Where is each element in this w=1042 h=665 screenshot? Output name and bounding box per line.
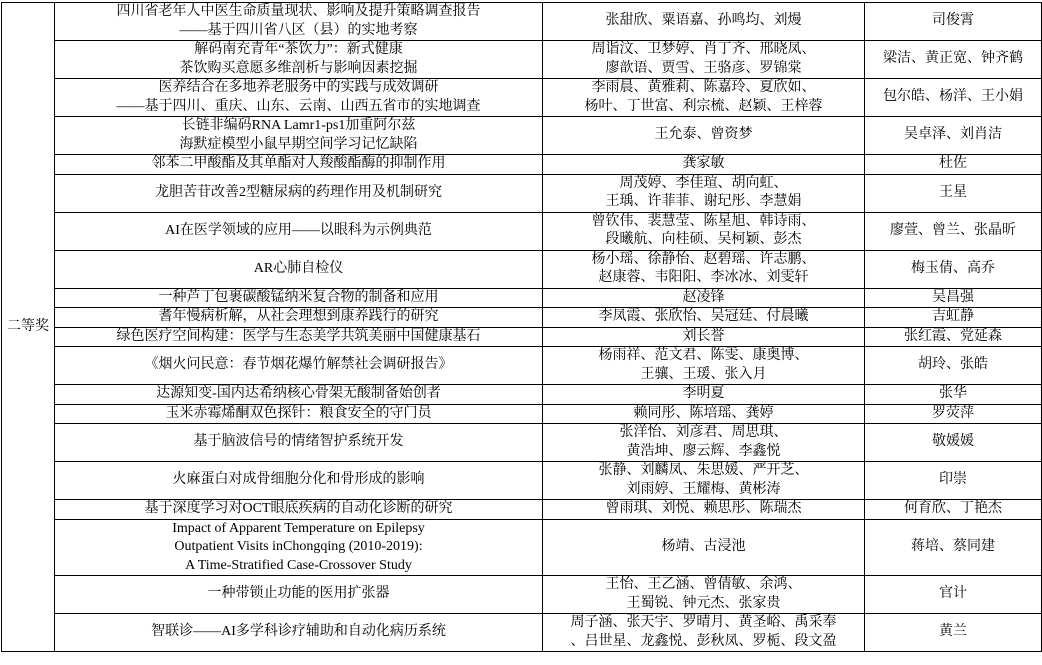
advisors-cell: 梁洁、黄正宽、钟齐鹤 bbox=[865, 41, 1042, 79]
project-title-cell: 《烟火问民意：春节烟花爆竹解禁社会调研报告》 bbox=[55, 347, 543, 385]
table-row: 基于深度学习对OCT眼底疾病的自动化诊断的研究曾雨琪、刘悦、赖思彤、陈瑞杰何育欣… bbox=[2, 500, 1042, 520]
project-title-cell: 解码南充青年“茶饮力”：新式健康 茶饮购买意愿多维剖析与影响因素挖掘 bbox=[55, 41, 543, 79]
table-row: 长链非编码RNA Lamr1-ps1加重阿尔兹 海默症模型小鼠早期空间学习记忆缺… bbox=[2, 117, 1042, 155]
table-row: Impact of Apparent Temperature on Epilep… bbox=[2, 519, 1042, 576]
advisors-cell: 黄兰 bbox=[865, 614, 1042, 652]
award-label-cell: 二等奖 bbox=[2, 3, 55, 652]
table-row: 达源知变-国内达希纳核心骨架无酸制备始创者李明夏张华 bbox=[2, 385, 1042, 405]
project-title-cell: 基于深度学习对OCT眼底疾病的自动化诊断的研究 bbox=[55, 500, 543, 520]
advisors-cell: 官计 bbox=[865, 576, 1042, 614]
table-row: 龙胆苦苷改善2型糖尿病的药理作用及机制研究周茂婷、李佳瑄、胡向虹、 王瑀、许菲菲… bbox=[2, 174, 1042, 212]
advisors-cell: 何育欣、丁艳杰 bbox=[865, 500, 1042, 520]
project-title-cell: 邻苯二甲酸酯及其单酯对人羧酸酯酶的抑制作用 bbox=[55, 155, 543, 175]
table-row: 《烟火问民意：春节烟花爆竹解禁社会调研报告》杨雨祥、范文君、陈雯、康奥博、 王骧… bbox=[2, 347, 1042, 385]
team-members-cell: 刘长誉 bbox=[543, 327, 865, 347]
project-title-cell: 达源知变-国内达希纳核心骨架无酸制备始创者 bbox=[55, 385, 543, 405]
team-members-cell: 周诣汶、卫梦婷、肖丁齐、邢晓凤、 廖歆语、贾雪、王骆彦、罗锦棠 bbox=[543, 41, 865, 79]
team-members-cell: 杨靖、古浸池 bbox=[543, 519, 865, 576]
project-title-cell: AI在医学领域的应用——以眼科为示例典范 bbox=[55, 212, 543, 250]
team-members-cell: 张静、刘麟凤、朱思媛、严开芝、 刘雨婷、王耀梅、黄彬涛 bbox=[543, 462, 865, 500]
project-title-cell: 龙胆苦苷改善2型糖尿病的药理作用及机制研究 bbox=[55, 174, 543, 212]
project-title-cell: AR心肺自检仪 bbox=[55, 250, 543, 288]
advisors-cell: 吴卓泽、刘肖洁 bbox=[865, 117, 1042, 155]
advisors-cell: 胡玲、张皓 bbox=[865, 347, 1042, 385]
project-title-cell: 一种芦丁包裹碳酸锰纳米复合物的制备和应用 bbox=[55, 288, 543, 308]
advisors-cell: 梅玉倩、高乔 bbox=[865, 250, 1042, 288]
advisors-cell: 罗荧萍 bbox=[865, 404, 1042, 424]
advisors-cell: 王星 bbox=[865, 174, 1042, 212]
team-members-cell: 周子涵、张天宇、罗晴月、黄圣峪、禹采奉 、吕世星、龙鑫悦、彭秋凤、罗栀、段文盈 bbox=[543, 614, 865, 652]
team-members-cell: 曾雨琪、刘悦、赖思彤、陈瑞杰 bbox=[543, 500, 865, 520]
table-row: 一种芦丁包裹碳酸锰纳米复合物的制备和应用赵凌锋吴昌强 bbox=[2, 288, 1042, 308]
table-row: 二等奖四川省老年人中医生命质量现状、影响及提升策略调查报告 ——基于四川省八区（… bbox=[2, 3, 1042, 41]
team-members-cell: 赵凌锋 bbox=[543, 288, 865, 308]
table-row: 火麻蛋白对成骨细胞分化和骨形成的影响张静、刘麟凤、朱思媛、严开芝、 刘雨婷、王耀… bbox=[2, 462, 1042, 500]
table-row: 玉米赤霉烯酮双色探针：粮食安全的守门员赖同彤、陈培瑶、龚婷罗荧萍 bbox=[2, 404, 1042, 424]
project-title-cell: 绿色医疗空间构建：医学与生态美学共筑美丽中国健康基石 bbox=[55, 327, 543, 347]
advisors-cell: 吉虹静 bbox=[865, 308, 1042, 328]
team-members-cell: 杨小瑶、徐静怡、赵碧瑶、许志鹏、 赵康蓉、韦阳阳、李冰冰、刘雯轩 bbox=[543, 250, 865, 288]
advisors-cell: 司俊霄 bbox=[865, 3, 1042, 41]
advisors-cell: 张华 bbox=[865, 385, 1042, 405]
award-list-page: 二等奖四川省老年人中医生命质量现状、影响及提升策略调查报告 ——基于四川省八区（… bbox=[0, 0, 1042, 665]
team-members-cell: 王允泰、曾资梦 bbox=[543, 117, 865, 155]
project-title-cell: 医养结合在多地养老服务中的实践与成效调研 ——基于四川、重庆、山东、云南、山西五… bbox=[55, 79, 543, 117]
table-row: 解码南充青年“茶饮力”：新式健康 茶饮购买意愿多维剖析与影响因素挖掘周诣汶、卫梦… bbox=[2, 41, 1042, 79]
project-title-cell: 四川省老年人中医生命质量现状、影响及提升策略调查报告 ——基于四川省八区（县）的… bbox=[55, 3, 543, 41]
table-row: 医养结合在多地养老服务中的实践与成效调研 ——基于四川、重庆、山东、云南、山西五… bbox=[2, 79, 1042, 117]
advisors-cell: 廖萱、曾兰、张晶昕 bbox=[865, 212, 1042, 250]
team-members-cell: 龚家敏 bbox=[543, 155, 865, 175]
advisors-cell: 印崇 bbox=[865, 462, 1042, 500]
table-row: 耆年慢病析解，从社会理想到康养践行的研究李凤霞、张欣怡、吴冠廷、付晨曦吉虹静 bbox=[2, 308, 1042, 328]
project-title-cell: 玉米赤霉烯酮双色探针：粮食安全的守门员 bbox=[55, 404, 543, 424]
team-members-cell: 张甜欣、粟语嘉、孙鸣均、刘熳 bbox=[543, 3, 865, 41]
project-title-cell: 耆年慢病析解，从社会理想到康养践行的研究 bbox=[55, 308, 543, 328]
project-title-cell: 一种带锁止功能的医用扩张器 bbox=[55, 576, 543, 614]
project-title-cell: 长链非编码RNA Lamr1-ps1加重阿尔兹 海默症模型小鼠早期空间学习记忆缺… bbox=[55, 117, 543, 155]
table-row: 绿色医疗空间构建：医学与生态美学共筑美丽中国健康基石刘长誉张红霞、党延森 bbox=[2, 327, 1042, 347]
awards-table-body: 二等奖四川省老年人中医生命质量现状、影响及提升策略调查报告 ——基于四川省八区（… bbox=[2, 3, 1042, 652]
team-members-cell: 李明夏 bbox=[543, 385, 865, 405]
table-row: 基于脑波信号的情绪智护系统开发张洋怡、刘彦君、周思琪、 黄浩坤、廖云辉、李鑫悦敬… bbox=[2, 424, 1042, 462]
advisors-cell: 吴昌强 bbox=[865, 288, 1042, 308]
team-members-cell: 王怡、王乙涵、曾倩敏、余鸿、 王蜀锐、钟元杰、张家贵 bbox=[543, 576, 865, 614]
team-members-cell: 李雨晨、黄雅莉、陈嘉玲、夏欣如、 杨叶、丁世富、利宗梳、赵颖、王梓蓉 bbox=[543, 79, 865, 117]
table-row: AR心肺自检仪杨小瑶、徐静怡、赵碧瑶、许志鹏、 赵康蓉、韦阳阳、李冰冰、刘雯轩梅… bbox=[2, 250, 1042, 288]
table-row: 一种带锁止功能的医用扩张器王怡、王乙涵、曾倩敏、余鸿、 王蜀锐、钟元杰、张家贵官… bbox=[2, 576, 1042, 614]
advisors-cell: 包尔皓、杨洋、王小娟 bbox=[865, 79, 1042, 117]
advisors-cell: 张红霞、党延森 bbox=[865, 327, 1042, 347]
team-members-cell: 曾钦伟、裴慧莹、陈星旭、韩诗雨、 段曦航、向桂硕、吴柯颖、彭杰 bbox=[543, 212, 865, 250]
advisors-cell: 蒋培、蔡同建 bbox=[865, 519, 1042, 576]
team-members-cell: 赖同彤、陈培瑶、龚婷 bbox=[543, 404, 865, 424]
table-row: 智联诊——AI多学科诊疗辅助和自动化病历系统周子涵、张天宇、罗晴月、黄圣峪、禹采… bbox=[2, 614, 1042, 652]
team-members-cell: 周茂婷、李佳瑄、胡向虹、 王瑀、许菲菲、谢玘彤、李慧娟 bbox=[543, 174, 865, 212]
team-members-cell: 杨雨祥、范文君、陈雯、康奥博、 王骧、王瑗、张入月 bbox=[543, 347, 865, 385]
table-row: AI在医学领域的应用——以眼科为示例典范曾钦伟、裴慧莹、陈星旭、韩诗雨、 段曦航… bbox=[2, 212, 1042, 250]
project-title-cell: 基于脑波信号的情绪智护系统开发 bbox=[55, 424, 543, 462]
project-title-cell: 火麻蛋白对成骨细胞分化和骨形成的影响 bbox=[55, 462, 543, 500]
project-title-cell: 智联诊——AI多学科诊疗辅助和自动化病历系统 bbox=[55, 614, 543, 652]
project-title-cell: Impact of Apparent Temperature on Epilep… bbox=[55, 519, 543, 576]
advisors-cell: 敬媛媛 bbox=[865, 424, 1042, 462]
team-members-cell: 张洋怡、刘彦君、周思琪、 黄浩坤、廖云辉、李鑫悦 bbox=[543, 424, 865, 462]
team-members-cell: 李凤霞、张欣怡、吴冠廷、付晨曦 bbox=[543, 308, 865, 328]
table-row: 邻苯二甲酸酯及其单酯对人羧酸酯酶的抑制作用龚家敏杜佐 bbox=[2, 155, 1042, 175]
awards-table: 二等奖四川省老年人中医生命质量现状、影响及提升策略调查报告 ——基于四川省八区（… bbox=[1, 2, 1042, 652]
advisors-cell: 杜佐 bbox=[865, 155, 1042, 175]
